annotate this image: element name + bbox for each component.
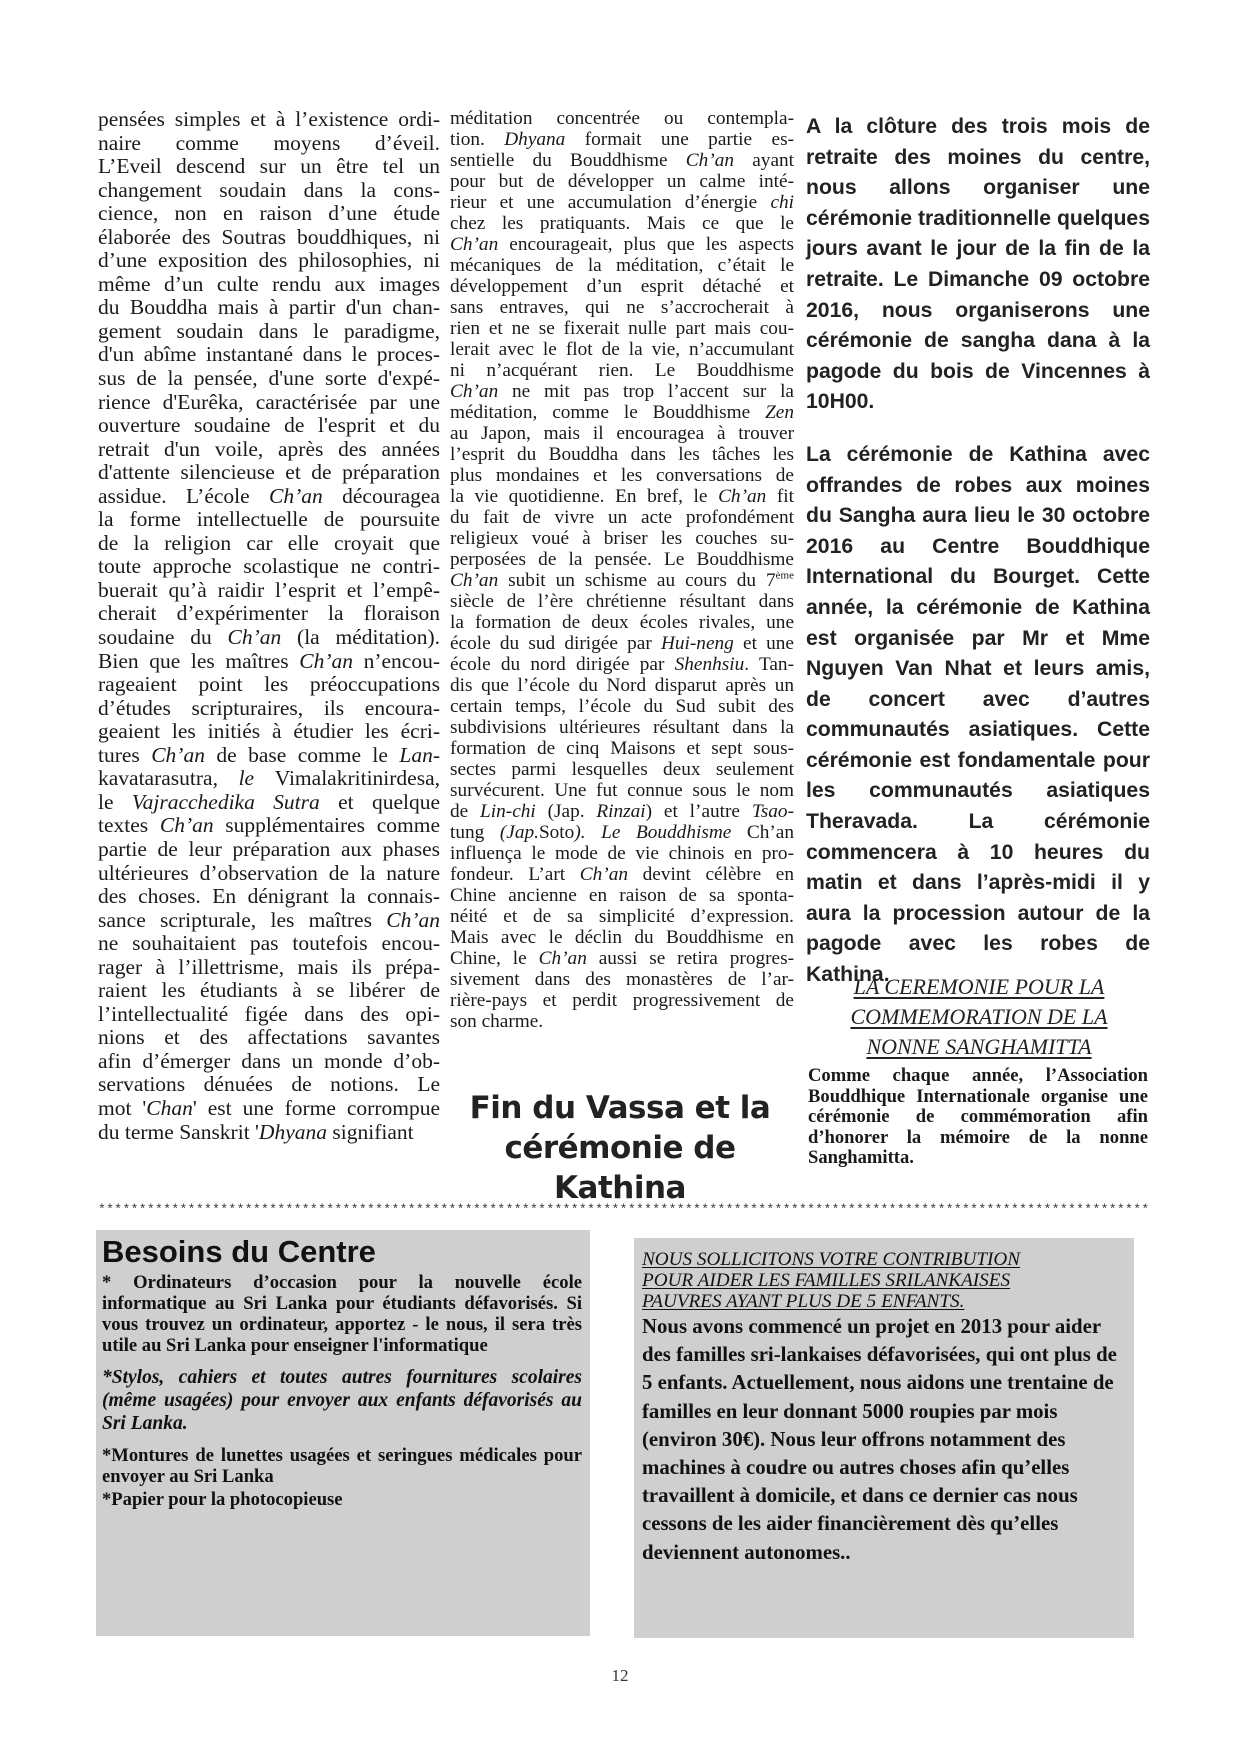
- text-line: néité et de sa simplicité d’expression.: [450, 906, 794, 927]
- kathina-announcement: A la clôture des trois mois de retraite …: [806, 112, 1150, 991]
- text-line: son charme.: [450, 1011, 794, 1032]
- text-line: cience, non en raison d’une étude: [98, 202, 440, 226]
- commemoration-title-line-1: LA CEREMONIE POUR LA: [808, 972, 1150, 1002]
- text-line: partie de leur préparation aux phases: [98, 838, 440, 862]
- text-line: école du sud dirigée par Hui-neng et une: [450, 633, 794, 654]
- text-line: du Bouddha mais à partir d'un chan-: [98, 296, 440, 320]
- text-line: Ch’an encourageait, plus que les aspects: [450, 234, 794, 255]
- text-line: gement soudain dans le paradigme,: [98, 320, 440, 344]
- text-line: fondeur. L’art Ch’an devint célèbre en: [450, 864, 794, 885]
- besoins-title: Besoins du Centre: [102, 1234, 376, 1270]
- text-line: tion. Dhyana formait une partie es-: [450, 129, 794, 150]
- text-line: sentielle du Bouddhisme Ch’an ayant: [450, 150, 794, 171]
- text-line: méditation, comme le Bouddhisme Zen: [450, 402, 794, 423]
- text-line: sans entraves, qui ne s’accrocherait à: [450, 297, 794, 318]
- text-line: Ch’an subit un schisme au cours du 7ème: [450, 570, 794, 591]
- text-line: sivement dans des monastères de l’ar-: [450, 969, 794, 990]
- sollicitation-body: Nous avons commencé un projet en 2013 po…: [642, 1313, 1132, 1567]
- text-line: Ch’an ne mit pas trop l’accent sur la: [450, 381, 794, 402]
- text-line: rieur et une accumulation d’énergie chi: [450, 192, 794, 213]
- article-column-1: pensées simples et à l’existence ordi-na…: [98, 108, 440, 1144]
- text-line: plus mondaines et les conversations de: [450, 465, 794, 486]
- besoins-item-computers: * Ordinateurs d’occasion pour la nouvell…: [102, 1272, 582, 1356]
- text-line: Bien que les maîtres Ch’an n’encou-: [98, 650, 440, 674]
- sollicitation-title-line-3: PAUVRES AYANT PLUS DE 5 ENFANTS.: [642, 1292, 1122, 1313]
- besoins-item-paper: *Papier pour la photocopieuse: [102, 1489, 582, 1510]
- commemoration-title-line-3: NONNE SANGHAMITTA: [808, 1032, 1150, 1062]
- heading-line-2: cérémonie de Kathina: [445, 1128, 795, 1208]
- page-number: 12: [0, 1666, 1240, 1686]
- text-line: l’intellectualité figée dans des opi-: [98, 1003, 440, 1027]
- text-line: Chine ancienne en raison de sa sponta-: [450, 885, 794, 906]
- kathina-paragraph: La cérémonie de Kathina avec offrandes d…: [806, 440, 1150, 991]
- text-line: d'attente silencieuse et de préparation: [98, 461, 440, 485]
- text-line: lerait avec le flot de la vie, n’accumul…: [450, 339, 794, 360]
- text-line: école du nord dirigée par Shenhsiu. Tan-: [450, 654, 794, 675]
- commemoration-title-line-2: COMMEMORATION DE LA: [808, 1002, 1150, 1032]
- sangha-dana-paragraph: A la clôture des trois mois de retraite …: [806, 112, 1150, 418]
- text-line: ni n’acquérant rien. Le Bouddhisme: [450, 360, 794, 381]
- text-line: religieux voué à briser les couches su-: [450, 528, 794, 549]
- besoins-item-glasses: *Montures de lunettes usagées et seringu…: [102, 1445, 582, 1487]
- text-line: dis que l’école du Nord disparut après u…: [450, 675, 794, 696]
- text-line: sance scripturale, les maîtres Ch’an: [98, 909, 440, 933]
- text-line: naire comme moyens d’éveil.: [98, 132, 440, 156]
- text-line: retrait d'un voile, après des années: [98, 438, 440, 462]
- sollicitation-title-line-1: NOUS SOLLICITONS VOTRE CONTRIBUTION: [642, 1250, 1122, 1271]
- text-line: Chine, le Ch’an aussi se retira progres-: [450, 948, 794, 969]
- text-line: soudaine du Ch’an (la méditation).: [98, 626, 440, 650]
- commemoration-body: Comme chaque année, l’Association Bouddh…: [808, 1066, 1148, 1169]
- text-line: pour but de développer un calme inté-: [450, 171, 794, 192]
- sollicitation-heading: NOUS SOLLICITONS VOTRE CONTRIBUTION POUR…: [642, 1250, 1122, 1312]
- text-line: sus de la pensée, d'une sorte d'expé-: [98, 367, 440, 391]
- text-line: changement soudain dans la cons-: [98, 179, 440, 203]
- text-line: toute approche scolastique ne contri-: [98, 555, 440, 579]
- text-line: rière-pays et perdit progressivement de: [450, 990, 794, 1011]
- text-line: même d’un culte rendu aux images: [98, 273, 440, 297]
- text-line: ultérieures d’observation de la nature: [98, 862, 440, 886]
- vassa-kathina-heading: Fin du Vassa et la cérémonie de Kathina: [445, 1088, 795, 1208]
- text-line: pensées simples et à l’existence ordi-: [98, 108, 440, 132]
- text-line: ne souhaitaient pas toutefois encou-: [98, 932, 440, 956]
- text-line: la vie quotidienne. En bref, le Ch’an fi…: [450, 486, 794, 507]
- text-line: servations dénuées de notions. Le: [98, 1073, 440, 1097]
- text-line: tung (Jap.Soto). Le Bouddhisme Ch’an: [450, 822, 794, 843]
- text-line: tures Ch’an de base comme le Lan-: [98, 744, 440, 768]
- text-line: mot 'Chan' est une forme corrompue: [98, 1097, 440, 1121]
- text-line: L’Eveil descend sur un être tel un: [98, 155, 440, 179]
- text-line: d’études scripturaires, ils encoura-: [98, 697, 440, 721]
- heading-line-1: Fin du Vassa et la: [445, 1088, 795, 1128]
- text-line: nions et des affectations savantes: [98, 1026, 440, 1050]
- asterisk-divider: ****************************************…: [98, 1202, 1148, 1217]
- text-line: développement d’un esprit détaché et: [450, 276, 794, 297]
- text-line: kavatarasutra, le Vimalakritinirdesa,: [98, 767, 440, 791]
- text-line: geaient les initiés à étudier les écri-: [98, 720, 440, 744]
- text-line: rien et ne se fixerait nulle part mais c…: [450, 318, 794, 339]
- text-line: raient les étudiants à se libérer de: [98, 979, 440, 1003]
- besoins-list: * Ordinateurs d’occasion pour la nouvell…: [102, 1272, 582, 1520]
- text-line: mécaniques de la méditation, c’était le: [450, 255, 794, 276]
- text-line: buerait qu’à raidir l’esprit et l’empê-: [98, 579, 440, 603]
- text-line: d'un abîme instantané dans le proces-: [98, 343, 440, 367]
- commemoration-heading: LA CEREMONIE POUR LA COMMEMORATION DE LA…: [808, 972, 1150, 1062]
- text-line: la formation de deux écoles rivales, une: [450, 612, 794, 633]
- text-line: de Lin-chi (Jap. Rinzai) et l’autre Tsao…: [450, 801, 794, 822]
- text-line: méditation concentrée ou contempla-: [450, 108, 794, 129]
- text-line: ouverture soudaine de l'esprit et du: [98, 414, 440, 438]
- article-column-2: méditation concentrée ou contempla-tion.…: [450, 108, 794, 1032]
- text-line: sectes parmi lesquelles deux seulement: [450, 759, 794, 780]
- text-line: rageaient point les préoccupations: [98, 673, 440, 697]
- text-line: influença le mode de vie chinois en pro-: [450, 843, 794, 864]
- text-line: du terme Sanskrit 'Dhyana signifiant: [98, 1121, 440, 1145]
- text-line: la forme intellectuelle de poursuite: [98, 508, 440, 532]
- text-line: cherait d’expérimenter la floraison: [98, 602, 440, 626]
- besoins-item-school-supplies: *Stylos, cahiers et toutes autres fourni…: [102, 1366, 582, 1435]
- text-line: formation de cinq Maisons et sept sous-: [450, 738, 794, 759]
- text-line: afin d’émerger dans un monde d’ob-: [98, 1050, 440, 1074]
- newsletter-page: pensées simples et à l’existence ordi-na…: [0, 0, 1240, 1752]
- text-line: le Vajracchedika Sutra et quelque: [98, 791, 440, 815]
- text-line: perposées de la pensée. Le Bouddhisme: [450, 549, 794, 570]
- text-line: Mais avec le déclin du Bouddhisme en: [450, 927, 794, 948]
- text-line: textes Ch’an supplémentaires comme: [98, 814, 440, 838]
- text-line: de la religion car elle croyait que: [98, 532, 440, 556]
- text-line: des choses. En dénigrant la connais-: [98, 885, 440, 909]
- text-line: élaborée des Soutras bouddhiques, ni: [98, 226, 440, 250]
- text-line: siècle de l’ère chrétienne résultant dan…: [450, 591, 794, 612]
- text-line: rager à l’illettrisme, mais ils prépa-: [98, 956, 440, 980]
- text-line: rience d'Eurêka, caractérisée par une: [98, 391, 440, 415]
- text-line: d’une exposition des philosophies, ni: [98, 249, 440, 273]
- text-line: chez les pratiquants. Mais ce que le: [450, 213, 794, 234]
- sollicitation-title-line-2: POUR AIDER LES FAMILLES SRILANKAISES: [642, 1271, 1122, 1292]
- text-line: survécurent. Une fut connue sous le nom: [450, 780, 794, 801]
- text-line: certain temps, l’école du Sud subit des: [450, 696, 794, 717]
- text-line: l’esprit du Bouddha dans les tâches les: [450, 444, 794, 465]
- text-line: subdivisions ultérieures résultant dans …: [450, 717, 794, 738]
- text-line: au Japon, mais il encouragea à trouver: [450, 423, 794, 444]
- text-line: du fait de vivre un acte profondément: [450, 507, 794, 528]
- text-line: assidue. L’école Ch’an découragea: [98, 485, 440, 509]
